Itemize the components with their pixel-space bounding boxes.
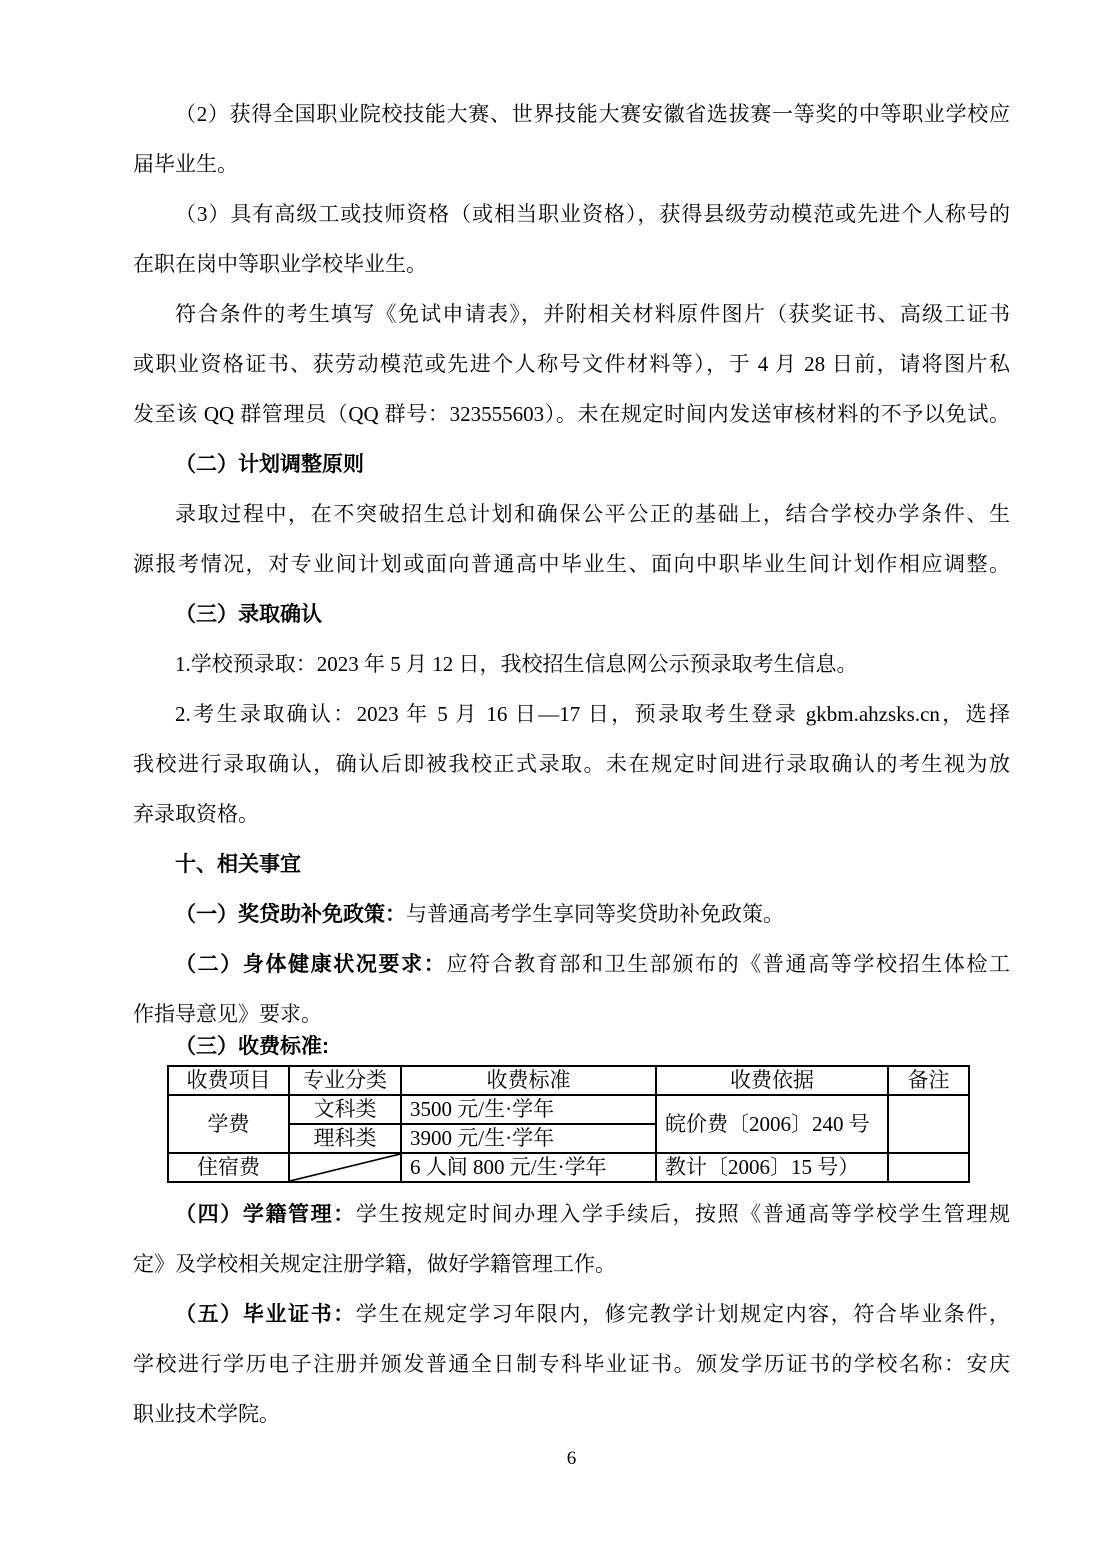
line-bold-text: （二）身体健康状况要求：	[175, 953, 446, 976]
table-cell-tuition-basis: 皖价费〔2006〕240 号	[656, 1095, 888, 1153]
line-text: 弃录取资格。	[133, 802, 259, 826]
line-text: （2）获得全国职业院校技能大赛、世界技能大赛安徽省选拔赛一等奖的中等职业学校应	[175, 102, 1010, 126]
heading-text: （三）录取确认	[175, 603, 322, 626]
document-body: （2）获得全国职业院校技能大赛、世界技能大赛安徽省选拔赛一等奖的中等职业学校应 …	[133, 89, 1010, 1479]
text-line: 定》及学校相关规定注册学籍，做好学籍管理工作。	[133, 1239, 1010, 1289]
line-text: 2.考生录取确认：2023 年 5 月 16 日—17 日，预录取考生登录 gk…	[175, 702, 1010, 726]
table-cell-liberal-arts: 文科类	[289, 1095, 401, 1124]
table-header-major-category: 专业分类	[289, 1066, 401, 1095]
table-row: 住宿费 6 人间 800 元/生·学年 教计〔2006〕15 号）	[168, 1153, 969, 1182]
text-line: （3）具有高级工或技师资格（或相当职业资格），获得县级劳动模范或先进个人称号的	[133, 189, 1010, 239]
table-cell-remark-accommodation	[888, 1153, 969, 1182]
section-heading: （三）录取确认	[133, 589, 1010, 639]
heading-text: 十、相关事宜	[175, 853, 301, 876]
line-bold-text: （五）毕业证书：	[175, 1303, 356, 1326]
line-text: 作指导意见》要求。	[133, 1002, 322, 1026]
table-header-row: 收费项目 专业分类 收费标准 收费依据 备注	[168, 1066, 969, 1095]
table-cell-diagonal	[289, 1153, 401, 1182]
text-line: 符合条件的考生填写《免试申请表》，并附相关材料原件图片（获奖证书、高级工证书	[133, 289, 1010, 339]
line-text: 在职在岗中等职业学校毕业生。	[133, 252, 427, 276]
diagonal-slash-icon	[290, 1154, 400, 1181]
heading-text: （二）计划调整原则	[175, 453, 364, 476]
text-line: （四）学籍管理：学生按规定时间办理入学手续后，按照《普通高等学校学生管理规	[133, 1189, 1010, 1239]
heading-text: （三）收费标准:	[175, 1035, 329, 1058]
line-text: 定》及学校相关规定注册学籍，做好学籍管理工作。	[133, 1252, 616, 1276]
line-text: 与普通高考学生享同等奖贷助补免政策。	[406, 902, 784, 926]
table-header-fee-standard: 收费标准	[401, 1066, 656, 1095]
text-line: 发至该 QQ 群管理员（QQ 群号：323555603）。未在规定时间内发送审核…	[133, 389, 1010, 439]
text-line: 作指导意见》要求。	[133, 989, 1010, 1039]
table-cell-accommodation-basis: 教计〔2006〕15 号）	[656, 1153, 888, 1182]
line-text: 录取过程中，在不突破招生总计划和确保公平公正的基础上，结合学校办学条件、生	[175, 502, 1010, 526]
text-line: （2）获得全国职业院校技能大赛、世界技能大赛安徽省选拔赛一等奖的中等职业学校应	[133, 89, 1010, 139]
line-text: 符合条件的考生填写《免试申请表》，并附相关材料原件图片（获奖证书、高级工证书	[175, 302, 1010, 326]
line-text: 学校进行学历电子注册并颁发普通全日制专科毕业证书。颁发学历证书的学校名称：安庆	[133, 1352, 1010, 1376]
line-text: 应符合教育部和卫生部颁布的《普通高等学校招生体检工	[446, 952, 1010, 976]
line-text: 或职业资格证书、获劳动模范或先进个人称号文件材料等），于 4 月 28 日前，请…	[133, 352, 1010, 376]
section-heading: 十、相关事宜	[133, 839, 1010, 889]
table-cell-accommodation-fee: 6 人间 800 元/生·学年	[401, 1153, 656, 1182]
line-text: 发至该 QQ 群管理员（QQ 群号：323555603）。未在规定时间内发送审核…	[133, 402, 1010, 426]
line-bold-text: （四）学籍管理：	[175, 1203, 356, 1226]
text-line: 源报考情况，对专业间计划或面向普通高中毕业生、面向中职毕业生间计划作相应调整。	[133, 539, 1010, 589]
text-line: 届毕业生。	[133, 139, 1010, 189]
text-line: 录取过程中，在不突破招生总计划和确保公平公正的基础上，结合学校办学条件、生	[133, 489, 1010, 539]
table-header-remark: 备注	[888, 1066, 969, 1095]
line-text: 职业技术学院。	[133, 1402, 280, 1426]
text-line: （五）毕业证书：学生在规定学习年限内，修完教学计划规定内容，符合毕业条件，	[133, 1289, 1010, 1339]
table-header-fee-basis: 收费依据	[656, 1066, 888, 1095]
fee-table: 收费项目 专业分类 收费标准 收费依据 备注 学费 文科类 3500 元/生·学…	[167, 1065, 970, 1183]
text-line: （一）奖贷助补免政策：与普通高考学生享同等奖贷助补免政策。	[133, 889, 1010, 939]
table-cell-remark-tuition	[888, 1095, 969, 1153]
text-line: 或职业资格证书、获劳动模范或先进个人称号文件材料等），于 4 月 28 日前，请…	[133, 339, 1010, 389]
line-text: 源报考情况，对专业间计划或面向普通高中毕业生、面向中职毕业生间计划作相应调整。	[133, 552, 1010, 576]
text-line: 学校进行学历电子注册并颁发普通全日制专科毕业证书。颁发学历证书的学校名称：安庆	[133, 1339, 1010, 1389]
table-header-fee-item: 收费项目	[168, 1066, 289, 1095]
line-text: 届毕业生。	[133, 152, 238, 176]
page-number: 6	[133, 1439, 1010, 1479]
table-cell-tuition-label: 学费	[168, 1095, 289, 1153]
line-bold-text: （一）奖贷助补免政策：	[175, 903, 406, 926]
line-text: 学生按规定时间办理入学手续后，按照《普通高等学校学生管理规	[356, 1202, 1010, 1226]
text-line: 弃录取资格。	[133, 789, 1010, 839]
table-cell-tuition-liberal-fee: 3500 元/生·学年	[401, 1095, 656, 1124]
line-text: 我校进行录取确认，确认后即被我校正式录取。未在规定时间进行录取确认的考生视为放	[133, 752, 1010, 776]
text-line: （二）身体健康状况要求：应符合教育部和卫生部颁布的《普通高等学校招生体检工	[133, 939, 1010, 989]
line-text: 学生在规定学习年限内，修完教学计划规定内容，符合毕业条件，	[356, 1302, 1010, 1326]
text-line: 我校进行录取确认，确认后即被我校正式录取。未在规定时间进行录取确认的考生视为放	[133, 739, 1010, 789]
section-heading: （二）计划调整原则	[133, 439, 1010, 489]
table-cell-tuition-science-fee: 3900 元/生·学年	[401, 1124, 656, 1153]
table-cell-science: 理科类	[289, 1124, 401, 1153]
line-text: 1.学校预录取：2023 年 5 月 12 日，我校招生信息网公示预录取考生信息…	[175, 652, 858, 676]
text-line: 在职在岗中等职业学校毕业生。	[133, 239, 1010, 289]
table-row: 学费 文科类 3500 元/生·学年 皖价费〔2006〕240 号	[168, 1095, 969, 1124]
text-line: 职业技术学院。	[133, 1389, 1010, 1439]
table-cell-accommodation-label: 住宿费	[168, 1153, 289, 1182]
section-heading: （三）收费标准:	[133, 1033, 1010, 1065]
document-page: （2）获得全国职业院校技能大赛、世界技能大赛安徽省选拔赛一等奖的中等职业学校应 …	[0, 0, 1102, 1559]
line-text: （3）具有高级工或技师资格（或相当职业资格），获得县级劳动模范或先进个人称号的	[175, 202, 1010, 226]
text-line: 2.考生录取确认：2023 年 5 月 16 日—17 日，预录取考生登录 gk…	[133, 689, 1010, 739]
text-line: 1.学校预录取：2023 年 5 月 12 日，我校招生信息网公示预录取考生信息…	[133, 639, 1010, 689]
